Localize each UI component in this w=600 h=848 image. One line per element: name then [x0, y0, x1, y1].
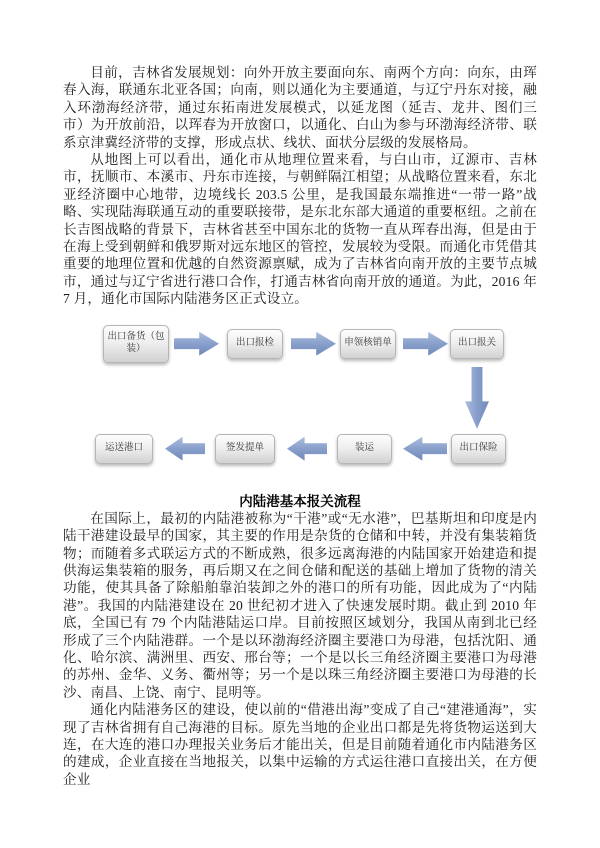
paragraph-tonghua-port-benefit: 通化内陆港务区的建设，使以前的“借港出海”变成了自己“建港通海”，实现了吉林省拥… [63, 701, 537, 788]
arrow-left-icon [287, 436, 327, 462]
paragraph-geography-strategy: 从地图上可以看出，通化市从地理位置来看，与白山市，辽源市、吉林市，抚顺市、本溪市… [63, 151, 537, 308]
flow-step-label: 运送港口 [105, 443, 143, 455]
flow-step-label: 出口报检 [236, 338, 274, 350]
paragraph-development-plan: 目前，吉林省发展规划：向外开放主要面向东、南两个方向：向东，由珲春入海，联通东北… [63, 64, 537, 151]
flow-step-label: 出口备货（包装） [107, 332, 165, 356]
flow-step-label: 出口保险 [459, 443, 497, 455]
flow-step-label: 出口报关 [458, 338, 496, 350]
paragraph-inland-port-history: 在国际上，最初的内陆港被称为“干港”或“无水港”，巴基斯坦和印度是内陆干港建设最… [63, 510, 537, 701]
arrow-left-icon [403, 436, 447, 462]
flow-step-export-declaration: 出口报关 [450, 329, 504, 359]
flow-step-label: 申领核销单 [344, 338, 392, 350]
flow-step-export-inspection: 出口报检 [227, 329, 283, 359]
arrow-right-icon [291, 331, 336, 357]
flow-step-transport-to-port: 运送港口 [95, 434, 153, 464]
flow-step-label: 签发提单 [226, 443, 264, 455]
flow-step-export-insurance: 出口保险 [451, 434, 506, 464]
flow-step-verification-form: 申领核销单 [340, 329, 396, 359]
customs-flowchart: 出口备货（包装） 出口报检 申领核销单 出口报关 运送港口 签发提单 装运 出口… [63, 320, 537, 472]
flow-step-issue-bill-of-lading: 签发提单 [215, 434, 275, 464]
flow-step-label: 装运 [355, 443, 374, 455]
flowchart-caption: 内陆港基本报关流程 [63, 490, 537, 510]
document-page: 目前，吉林省发展规划：向外开放主要面向东、南两个方向：向东，由珲春入海，联通东北… [0, 0, 600, 848]
arrow-right-icon [403, 331, 448, 357]
arrow-left-icon [165, 436, 205, 462]
arrow-down-icon [464, 367, 490, 429]
arrow-right-icon [174, 331, 219, 357]
flow-step-export-stocking: 出口备货（包装） [103, 325, 169, 363]
flow-step-shipment: 装运 [337, 434, 392, 464]
